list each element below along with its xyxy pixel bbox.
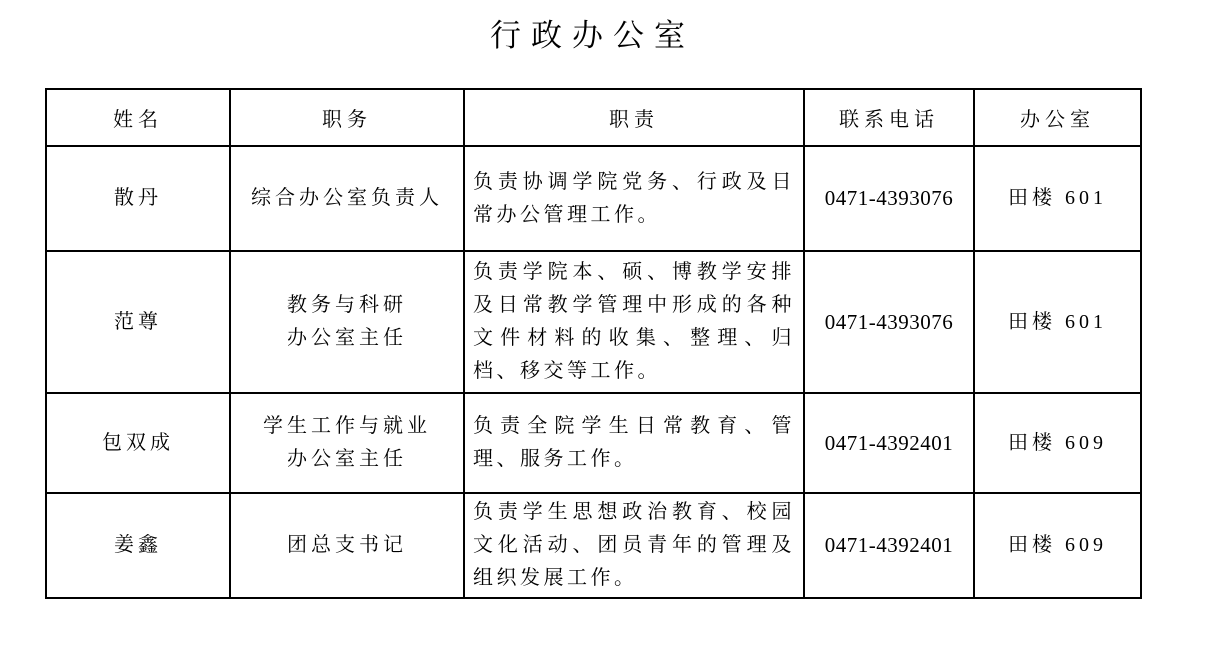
name-cell: 姜鑫 [46, 493, 230, 598]
document-page: 行政办公室 姓名 职务 职责 联系电话 办公室 散丹 综合办公室负责人 负责协调… [0, 0, 1228, 660]
office-cell: 田楼 601 [974, 146, 1141, 251]
position-cell: 团总支书记 [230, 493, 464, 598]
phone-cell: 0471-4393076 [804, 251, 974, 393]
position-cell: 教务与科研 办公室主任 [230, 251, 464, 393]
duty-cell: 负责协调学院党务、行政及日常办公管理工作。 [464, 146, 804, 251]
table-header-row: 姓名 职务 职责 联系电话 办公室 [46, 89, 1141, 146]
column-header-duty: 职责 [464, 89, 804, 146]
position-cell: 学生工作与就业 办公室主任 [230, 393, 464, 493]
column-header-name: 姓名 [46, 89, 230, 146]
duty-cell: 负责学生思想政治教育、校园文化活动、团员青年的管理及组织发展工作。 [464, 493, 804, 598]
phone-cell: 0471-4392401 [804, 493, 974, 598]
name-cell: 包双成 [46, 393, 230, 493]
table-row: 范尊 教务与科研 办公室主任 负责学院本、硕、博教学安排及日常教学管理中形成的各… [46, 251, 1141, 393]
duty-cell: 负责学院本、硕、博教学安排及日常教学管理中形成的各种文件材料的收集、整理、归档、… [464, 251, 804, 393]
name-cell: 散丹 [46, 146, 230, 251]
office-cell: 田楼 609 [974, 493, 1141, 598]
page-title: 行政办公室 [45, 10, 1140, 55]
office-cell: 田楼 609 [974, 393, 1141, 493]
position-cell: 综合办公室负责人 [230, 146, 464, 251]
duty-cell: 负责全院学生日常教育、管理、服务工作。 [464, 393, 804, 493]
phone-cell: 0471-4393076 [804, 146, 974, 251]
column-header-position: 职务 [230, 89, 464, 146]
table-row: 姜鑫 团总支书记 负责学生思想政治教育、校园文化活动、团员青年的管理及组织发展工… [46, 493, 1141, 598]
phone-cell: 0471-4392401 [804, 393, 974, 493]
table-row: 散丹 综合办公室负责人 负责协调学院党务、行政及日常办公管理工作。 0471-4… [46, 146, 1141, 251]
name-cell: 范尊 [46, 251, 230, 393]
staff-table: 姓名 职务 职责 联系电话 办公室 散丹 综合办公室负责人 负责协调学院党务、行… [45, 88, 1142, 599]
column-header-office: 办公室 [974, 89, 1141, 146]
office-cell: 田楼 601 [974, 251, 1141, 393]
column-header-phone: 联系电话 [804, 89, 974, 146]
table-row: 包双成 学生工作与就业 办公室主任 负责全院学生日常教育、管理、服务工作。 04… [46, 393, 1141, 493]
